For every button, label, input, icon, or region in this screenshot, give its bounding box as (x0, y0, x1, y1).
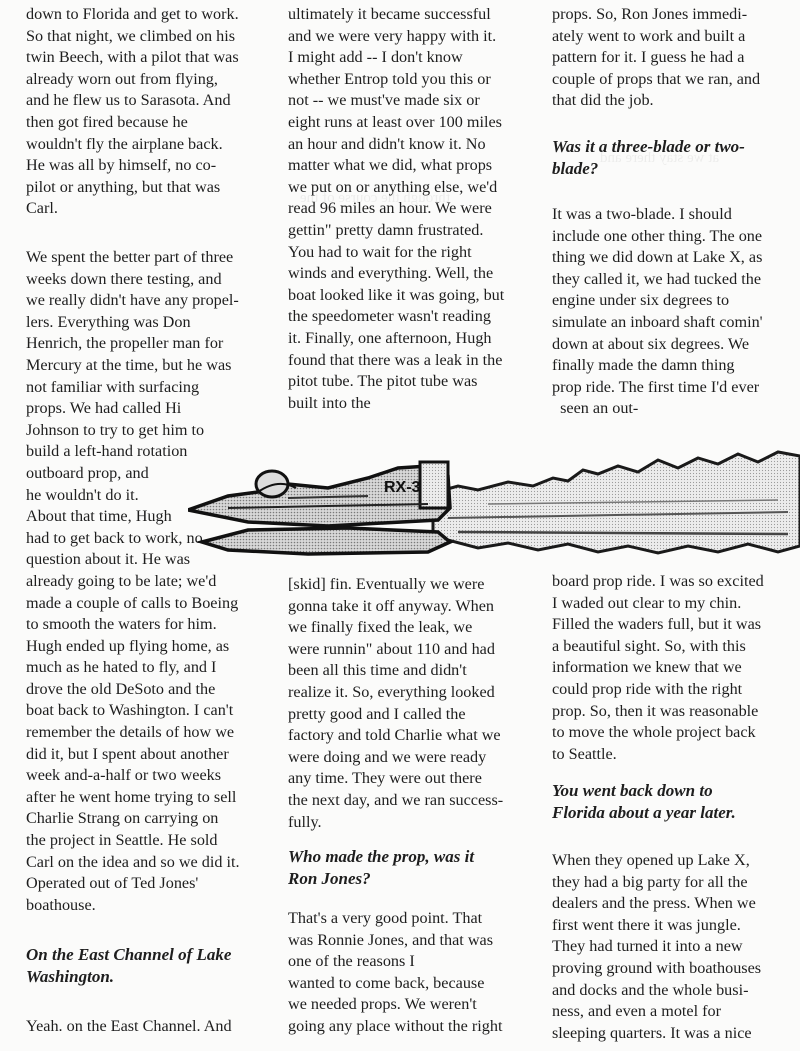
hull-label: RX-3 (384, 479, 421, 496)
paragraph: [skid] fin. Eventually we were gonna tak… (288, 574, 503, 833)
interviewer-question: Was it a three-blade or two- blade? (552, 136, 745, 179)
paragraph: That's a very good point. That was Ronni… (288, 908, 502, 1038)
paragraph: board prop ride. I was so excited I wade… (552, 571, 764, 765)
boat-drawing: RX-3 (188, 448, 800, 563)
boat-hull (188, 466, 450, 526)
interviewer-question: On the East Channel of Lake Washington. (26, 944, 231, 987)
paragraph: props. So, Ron Jones immedi- ately went … (552, 4, 760, 112)
interviewer-question: Who made the prop, was it Ron Jones? (288, 846, 474, 889)
interviewer-question: You went back down to Florida about a ye… (552, 780, 736, 823)
paragraph: When they opened up Lake X, they had a b… (552, 850, 761, 1044)
boat-sponson (202, 528, 450, 554)
hydroplane-illustration: RX-3 (188, 448, 800, 563)
tail-fin (420, 462, 448, 508)
paragraph: We spent the better part of three weeks … (26, 247, 240, 916)
paragraph: down to Florida and get to work. So that… (26, 4, 239, 220)
paragraph: ultimately it became successful and we w… (288, 4, 504, 414)
paragraph: It was a two-blade. I should include one… (552, 204, 763, 420)
paragraph: Yeah. on the East Channel. And (26, 1016, 232, 1038)
